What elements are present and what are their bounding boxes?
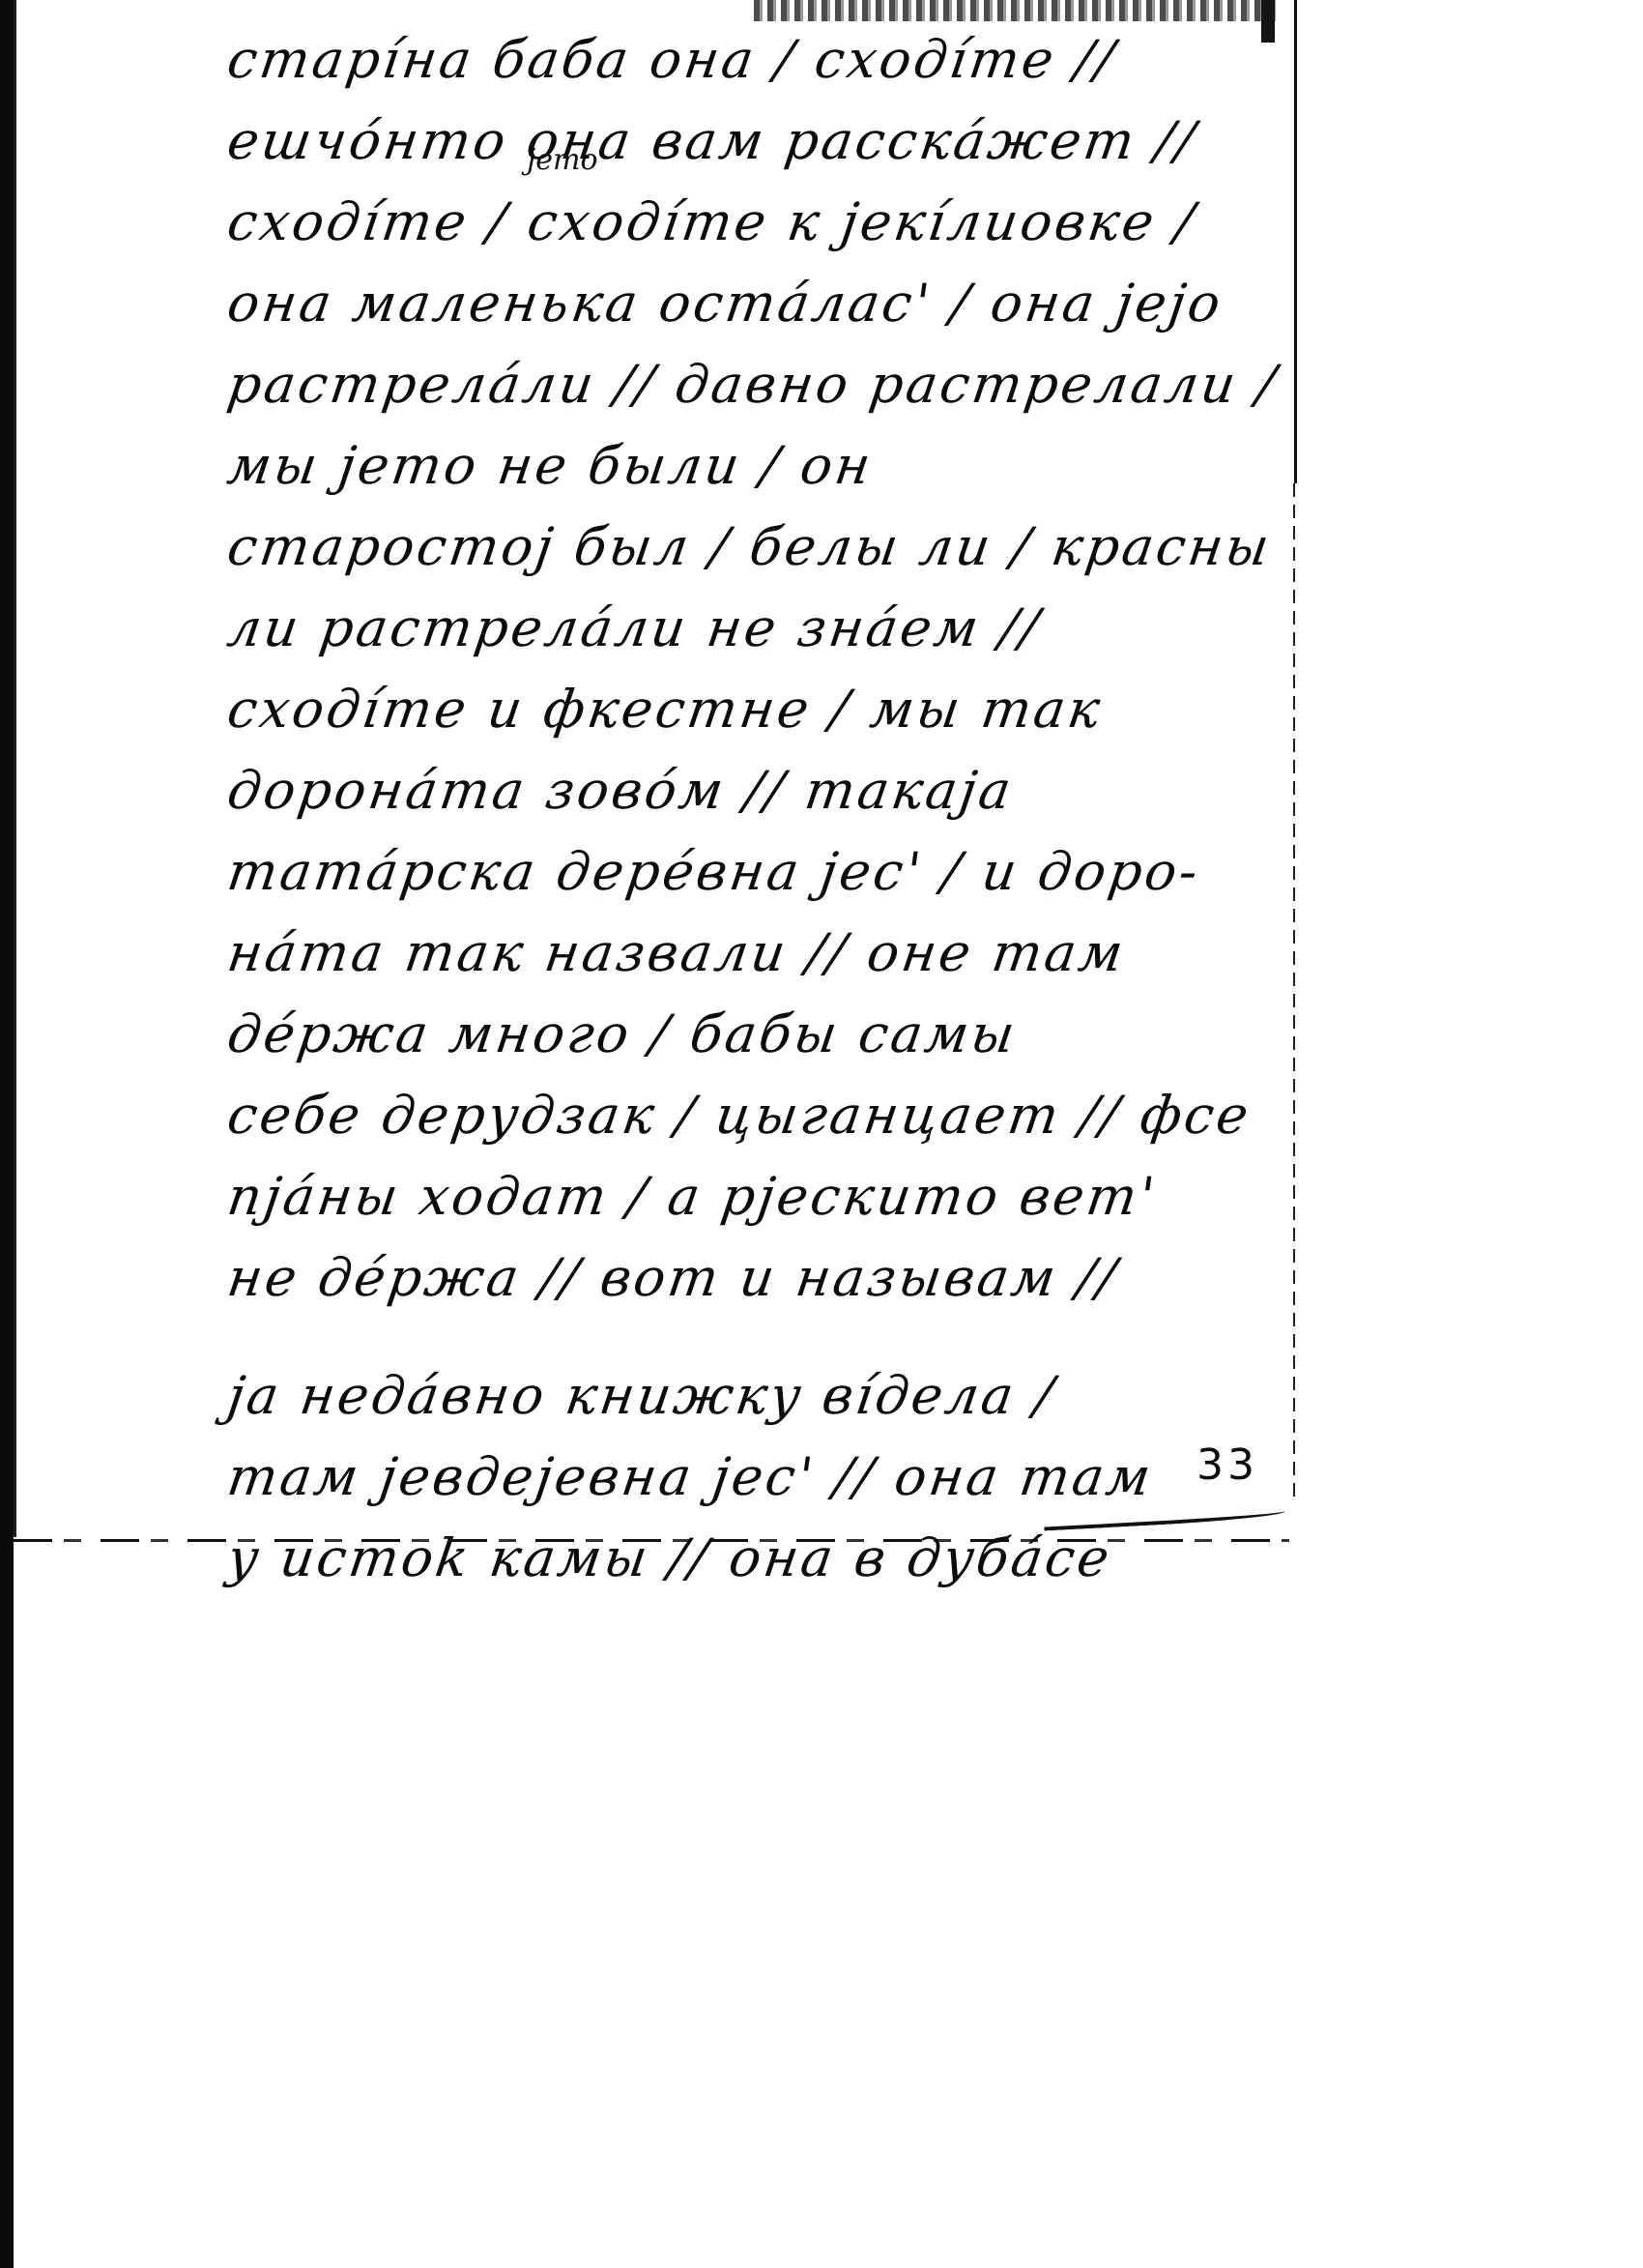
text-line: пјáны ходат / а рјескито вет'	[222, 1156, 1258, 1237]
scanned-page: jeтo старíна баба она / сходíте // ешчóн…	[0, 0, 1643, 2268]
text-line: ешчóнто она вам расскáжет //	[222, 101, 1258, 182]
right-page-edge	[1294, 0, 1297, 483]
text-line: сходíте и фкестне / мы так	[222, 669, 1258, 750]
text-line: старíна баба она / сходíте //	[222, 19, 1258, 101]
handwritten-text-body: старíна баба она / сходíте // ешчóнто он…	[222, 19, 1247, 1599]
text-line: растрелáли // давно растрелали /	[222, 344, 1258, 425]
right-page-edge-lower	[1293, 483, 1295, 1498]
text-line: сходíте / сходíте к јекíлиовке /	[222, 182, 1258, 263]
top-corner-artifact	[1261, 0, 1275, 43]
page-number: 33	[1196, 1440, 1258, 1490]
text-line: дéржа много / бабы самы	[222, 994, 1258, 1075]
top-scan-artifact	[754, 0, 1276, 21]
text-line: нáта так назвали // оне там	[222, 913, 1258, 994]
text-line: татáрска дерéвна јес' / и доро-	[222, 831, 1258, 913]
text-line: она маленька остáлас' / она jejo	[222, 263, 1258, 344]
text-line: не дéржа // вот и называм //	[222, 1237, 1258, 1319]
text-line: доронáта зовóм // такаја	[222, 750, 1258, 831]
binding-edge-shadow	[0, 0, 14, 2268]
text-line: мы jeто не были / он	[222, 425, 1258, 507]
text-line: старостој был / белы ли / красны	[222, 507, 1258, 588]
text-line: там јевдејевна јес' // она там	[222, 1437, 1258, 1518]
text-line: у истоk камы // она в дубáсе	[222, 1518, 1258, 1599]
text-line: ли растрелáли не знáем //	[222, 588, 1258, 669]
binding-edge-line	[14, 0, 16, 1537]
text-line: себе дерудзак / цыганцает // фсе	[222, 1075, 1258, 1156]
text-line: ја недáвно книжку вíдела /	[222, 1355, 1258, 1437]
